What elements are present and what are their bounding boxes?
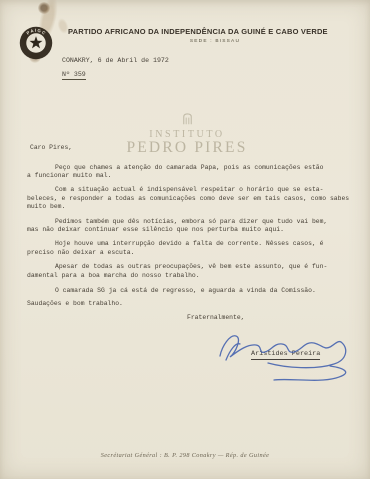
paragraph-line: Peço que chames a atenção do camarada Pa… — [27, 164, 352, 173]
letter-paragraphs: Peço que chames a atenção do camarada Pa… — [27, 164, 352, 296]
paragraph-line: O camarada SG ja cá está de regresso, e … — [27, 287, 352, 296]
paragraph: Peço que chames a atenção do camarada Pa… — [27, 164, 352, 181]
paigc-emblem-icon: PAIGC · · · · · · · · · — [19, 26, 53, 60]
paragraph-line: Com a situação actual é indispensável re… — [27, 186, 352, 195]
salutation: Caro Pires, — [30, 144, 352, 153]
valediction: Fraternalmente, — [187, 314, 245, 321]
reference-number: Nº 359 — [62, 71, 86, 80]
ipp-watermark-icon — [180, 112, 195, 127]
ink-stain — [38, 2, 50, 14]
paragraph-line: damental para a boa marcha do nosso trab… — [27, 272, 352, 281]
paragraph: Pedimos também que dês notícias, embora … — [27, 218, 352, 235]
paragraph-line: preciso não deixar a escuta. — [27, 249, 352, 258]
dateline: CONAKRY, 6 de Abril de 1972 — [62, 57, 169, 64]
footer-address: Secrétariat Général : B. P. 298 Conakry … — [0, 452, 370, 459]
paragraph-line: muito bem. — [27, 203, 352, 212]
signature-name: Aristides Pereira — [251, 350, 320, 360]
scanned-letter-page: PAIGC · · · · · · · · · PARTIDO AFRICANO… — [0, 0, 370, 479]
headquarters-line: SEDE : BISSAU — [68, 39, 362, 44]
party-name: PARTIDO AFRICANO DA INDEPENDÊNCIA DA GUI… — [68, 27, 362, 36]
paragraph-line: mas não deixar continuar esse silêncio q… — [27, 226, 352, 235]
paragraph-line: Apesar de todas as outras preocupações, … — [27, 263, 352, 272]
watermark-line1: INSTITUTO — [92, 129, 282, 140]
paragraph-line: beleces, e responder a todas as comunica… — [27, 195, 352, 204]
closing-salute: Saudações e bom trabalho. — [27, 300, 352, 309]
paragraph-line: Pedimos também que dês notícias, embora … — [27, 218, 352, 227]
paragraph-line: Hoje houve uma interrupção devido a falt… — [27, 240, 352, 249]
paragraph: Hoje houve uma interrupção devido a falt… — [27, 240, 352, 257]
paragraph-line: a funcionar muito mal. — [27, 172, 352, 181]
paragraph: O camarada SG ja cá está de regresso, e … — [27, 287, 352, 296]
letter-body: Caro Pires, Peço que chames a atenção do… — [27, 144, 352, 309]
paragraph: Com a situação actual é indispensável re… — [27, 186, 352, 212]
paragraph: Apesar de todas as outras preocupações, … — [27, 263, 352, 280]
